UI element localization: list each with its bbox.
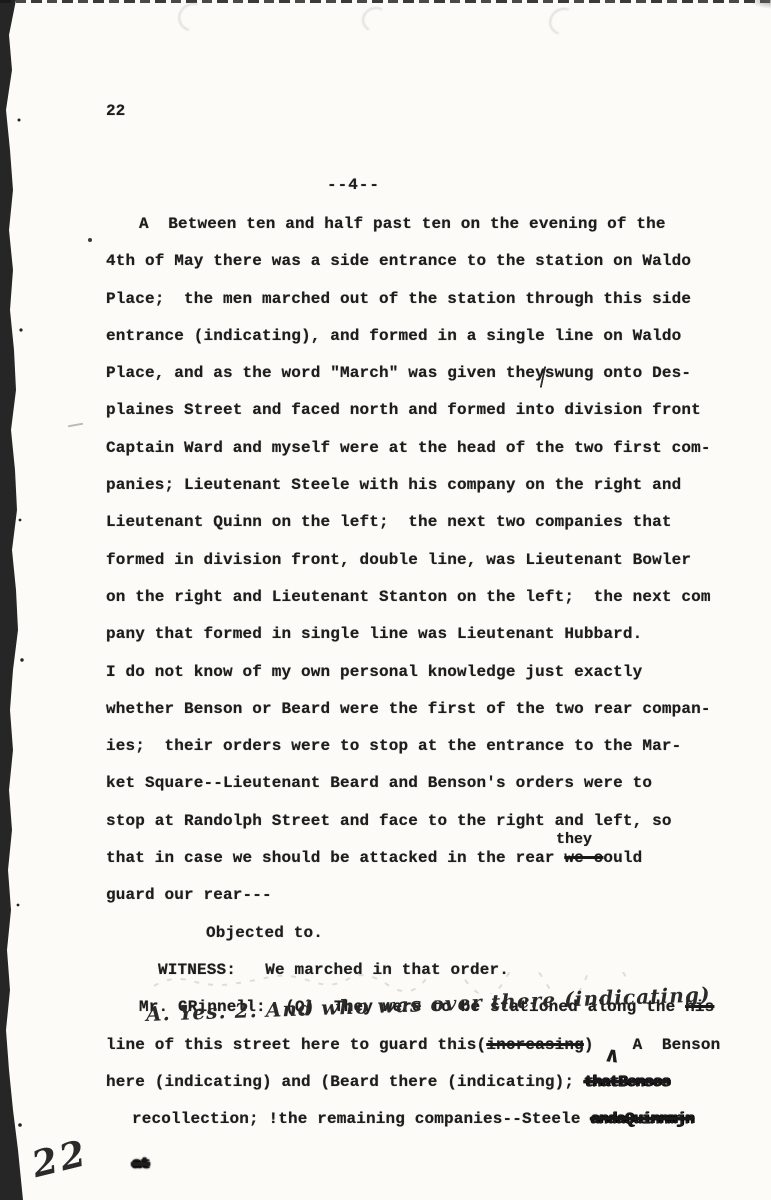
typed-line: I do not know of my own personal knowled…: [106, 654, 756, 691]
pencil-speck: [68, 423, 83, 428]
typed-line: 4th of May there was a side entrance to …: [106, 243, 756, 280]
typed-line: ies; their orders were to stop at the en…: [106, 728, 756, 765]
typed-text: recollection; !the remaining companies--…: [132, 1110, 590, 1128]
binder-smudge: [173, 0, 213, 37]
binder-smudge: [545, 3, 583, 40]
typed-text: guard our rear---: [106, 886, 272, 904]
scan-top-edge-artifact: [0, 0, 771, 3]
typed-text: swung onto Des-: [545, 364, 691, 382]
typed-text: ould: [603, 849, 642, 867]
scan-left-edge-artifact: [0, 0, 26, 1200]
scanned-document-page: 22 --4-- A Between ten and half past ten…: [0, 0, 771, 1200]
typed-line: Place, and as the word "March" was given…: [106, 355, 756, 392]
typed-text: 4th of May there was a side entrance to …: [106, 252, 691, 270]
typed-text: stop at Randolph Street and face to the …: [106, 812, 672, 830]
typed-line: here (indicating) and (Beard there (indi…: [106, 1064, 756, 1101]
typed-text: here (indicating) and (Beard there (indi…: [106, 1073, 584, 1091]
typed-text: Objected to.: [206, 924, 323, 942]
page-number-top: 22: [106, 102, 125, 120]
struck-ink-mark: at: [132, 1155, 149, 1173]
typed-text: Place, and as the word "March" was given…: [106, 364, 545, 382]
typed-line: formed in division front, double line, w…: [106, 542, 756, 579]
typed-text: Place; the men marched out of the statio…: [106, 290, 691, 308]
typed-line: ket Square--Lieutenant Beard and Benson'…: [106, 765, 756, 802]
struck-text: increasing: [486, 1036, 584, 1054]
typed-text: Lieutenant Quinn on the left; the next t…: [106, 513, 672, 531]
typed-line: plaines Street and faced north and forme…: [106, 392, 756, 429]
typed-text: line of this street here to guard this(: [106, 1036, 486, 1054]
struck-text: we c: [564, 849, 603, 867]
typed-line: on the right and Lieutenant Stanton on t…: [106, 579, 756, 616]
handwritten-page-number: 22: [28, 1132, 93, 1186]
insertion-caret: ∧: [603, 1041, 623, 1068]
typed-line: stop at Randolph Street and face to the …: [106, 803, 756, 840]
typed-text: formed in division front, double line, w…: [106, 551, 691, 569]
typed-line: Place; the men marched out of the statio…: [106, 281, 756, 318]
typed-text: ies; their orders were to stop at the en…: [106, 737, 681, 755]
inserted-word-they: they: [556, 831, 592, 848]
struck-text: thatBensos: [584, 1073, 670, 1091]
typed-text: whether Benson or Beard were the first o…: [106, 700, 711, 718]
typed-line: Captain Ward and myself were at the head…: [106, 430, 756, 467]
typed-line: Lieutenant Quinn on the left; the next t…: [106, 504, 756, 541]
typed-text: pany that formed in single line was Lieu…: [106, 625, 642, 643]
ink-speck: [88, 238, 92, 242]
typed-text: A Between ten and half past ten on the e…: [139, 215, 666, 233]
typed-text: that in case we should be attacked in th…: [106, 849, 564, 867]
typed-line: recollection; !the remaining companies--…: [106, 1101, 756, 1138]
typed-text: plaines Street and faced north and forme…: [106, 401, 701, 419]
typed-line: entrance (indicating), and formed in a s…: [106, 318, 756, 355]
typed-line: panies; Lieutenant Steele with his compa…: [106, 467, 756, 504]
typed-text: on the right and Lieutenant Stanton on t…: [106, 588, 711, 606]
typed-line: pany that formed in single line was Lieu…: [106, 616, 756, 653]
typed-text: panies; Lieutenant Steele with his compa…: [106, 476, 681, 494]
typed-line: Objected to.: [106, 915, 756, 952]
typed-line: that in case we should be attacked in th…: [106, 840, 756, 877]
typed-line: whether Benson or Beard were the first o…: [106, 691, 756, 728]
typed-line: A Between ten and half past ten on the e…: [106, 206, 756, 243]
typed-text: Captain Ward and myself were at the head…: [106, 439, 711, 457]
typed-line: guard our rear---: [106, 877, 756, 914]
binder-smudge: [359, 4, 392, 35]
section-header: --4--: [327, 176, 380, 194]
typed-line: line of this street here to guard this(i…: [106, 1027, 756, 1064]
struck-text: andaQuinnmjn: [590, 1110, 693, 1128]
typed-text: I do not know of my own personal knowled…: [106, 663, 642, 681]
typed-text: ket Square--Lieutenant Beard and Benson'…: [106, 774, 652, 792]
typed-text: entrance (indicating), and formed in a s…: [106, 327, 681, 345]
